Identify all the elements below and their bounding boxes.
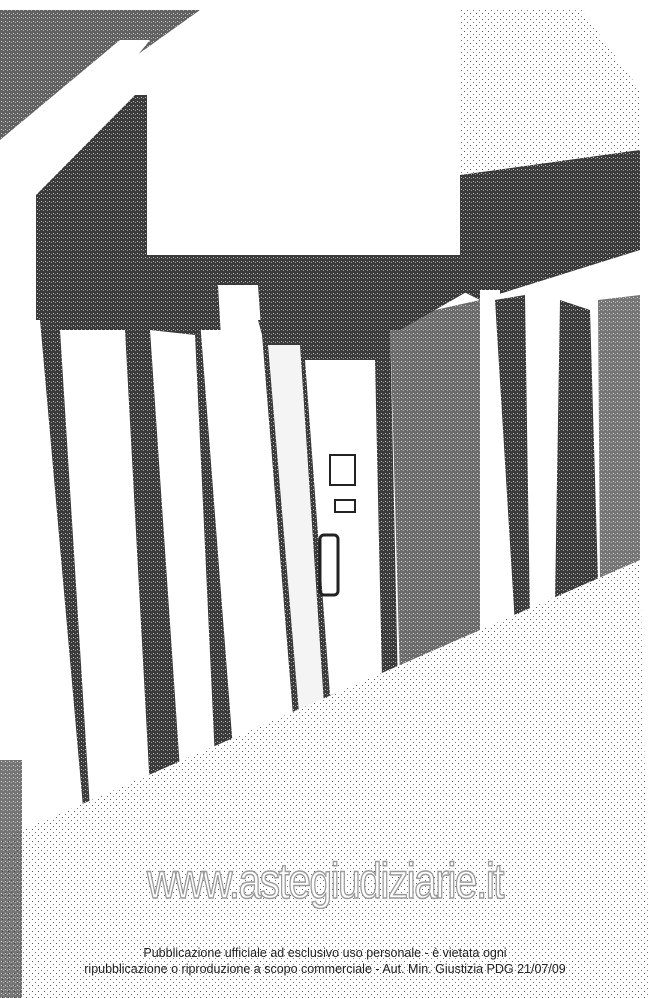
watermark-text: www.astegiudiziarie.it — [59, 852, 592, 910]
redacted-area — [147, 50, 460, 255]
photocopied-photo — [0, 0, 650, 998]
footer-disclaimer: Pubblicazione ufficiale ad esclusivo uso… — [0, 945, 650, 977]
footer-line-2: ripubblicazione o riproduzione a scopo c… — [0, 961, 650, 977]
footer-line-1: Pubblicazione ufficiale ad esclusivo uso… — [0, 945, 650, 961]
